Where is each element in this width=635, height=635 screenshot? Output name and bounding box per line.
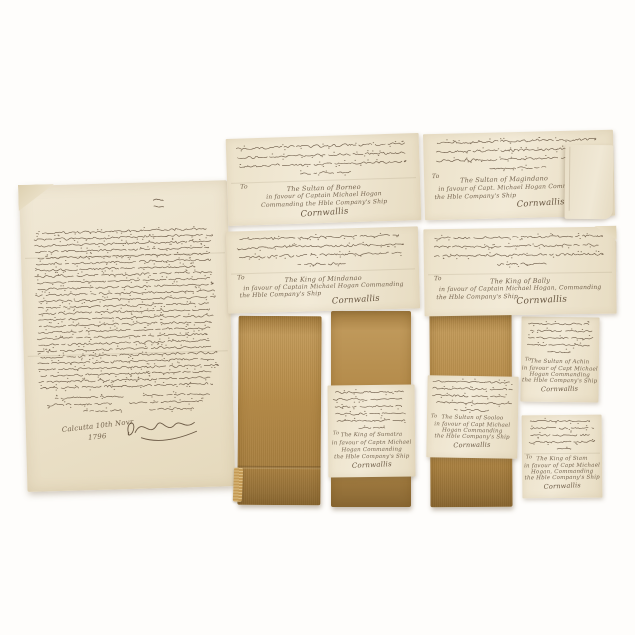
persian-script-lines: [423, 227, 616, 274]
address-ship: Cornwallis: [522, 481, 602, 491]
crease-line: [524, 453, 601, 455]
persian-script-lines: [522, 415, 602, 452]
small-letter-siam: To The King of Siam in favour of Capt Mi…: [522, 415, 603, 499]
persian-script-lines: [328, 385, 415, 432]
address-name: The King of Sumatra: [328, 433, 415, 439]
address-ship: Cornwallis: [516, 198, 564, 209]
address-ship: Cornwallis: [426, 441, 517, 449]
persian-script-lines: [521, 316, 600, 355]
address-commanding: the Hble Company's Ship: [240, 291, 322, 299]
address-favour: in favour of Captain Michael Hogan, Comm…: [424, 285, 616, 294]
address-commanding: the Hble Company's Ship: [436, 294, 518, 301]
address-commanding: the Hble Company's Ship: [434, 193, 516, 201]
photo-canvas: Calcutta 10th Novr 1796 To The Sultan of…: [0, 0, 635, 635]
address-band-sooloo: To The Sultan of Sooloo in favour of Cap…: [426, 375, 518, 459]
silk-fringe: [233, 468, 243, 502]
persian-script-lines: [226, 226, 419, 273]
paper-fold-edge: [569, 147, 571, 211]
address-band-sumatra: To The King of Sumatra in favour of Capt…: [328, 385, 416, 478]
persian-script-lines: [19, 180, 235, 492]
silk-fold-crease: [238, 466, 321, 470]
letter-strip-mindanao: To The King of Mindanao in favour of Cap…: [226, 226, 420, 313]
persian-script-lines: [427, 375, 519, 417]
address-ship: Cornwallis: [516, 295, 567, 306]
address-to: To: [432, 174, 440, 180]
address-ship: Cornwallis: [328, 460, 415, 471]
persian-letter: Calcutta 10th Novr 1796: [19, 180, 235, 492]
letter-strip-bally: To The King of Bally in favour of Captai…: [423, 227, 616, 317]
letter-strip-borneo: To The Sultan of Borneo in favour of Cap…: [226, 133, 422, 226]
address-ship: Cornwallis: [332, 295, 380, 306]
signature-flourish: [120, 409, 201, 445]
silk-wrapper-plain: [237, 316, 321, 506]
blank-folded-paper: [565, 145, 614, 219]
address-ship: Cornwallis: [521, 385, 599, 393]
small-letter-achin: To The Sultan of Achin in favour of Capt…: [520, 316, 599, 402]
